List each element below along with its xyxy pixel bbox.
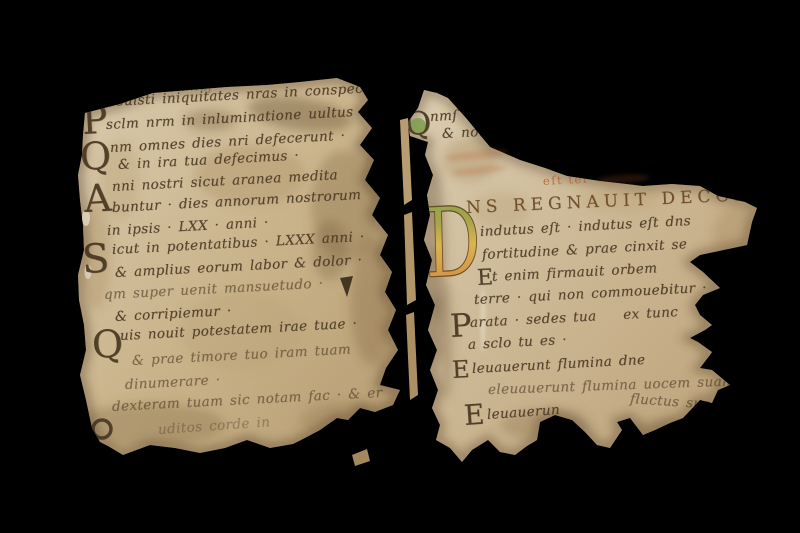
manuscript-line: arata · sedes tua ex tunc	[470, 306, 679, 330]
manuscript-line: nmſ	[430, 110, 458, 125]
drop-initial: E	[463, 401, 485, 430]
manuscript-line: & amplius eorum labor & dolor ·	[115, 254, 363, 280]
drop-initial: Q	[79, 136, 112, 176]
manuscript-line: dinumerare ·	[125, 374, 221, 392]
manuscript-photo-stage: ti sumuſ P osuisti iniquitates nras in c…	[0, 0, 800, 533]
manuscript-line: qm super uenit mansuetudo ·	[104, 278, 324, 303]
manuscript-line: indutus eſt · indutus eſt dns	[480, 215, 692, 240]
manuscript-line: t enim firmauit orbem	[492, 262, 658, 284]
drop-initial: E	[451, 357, 470, 382]
manuscript-line: a sclo tu es ·	[468, 334, 568, 353]
manuscript-line: uditos corde in	[158, 416, 271, 437]
drop-initial: S	[81, 239, 110, 280]
manuscript-line: eleuauerunt flumina uocem suam	[488, 375, 736, 397]
drop-initial: A	[83, 179, 112, 218]
manuscript-line: sclm nrm in inluminatione uultus tui ·	[106, 104, 392, 132]
manuscript-line: fortitudine & prae cinxit se	[482, 238, 688, 262]
manuscript-line: leuauerunt flumina dne	[472, 354, 646, 377]
manuscript-line: & prae timore tuo iram tuam	[132, 344, 352, 369]
manuscript-line: & corripiemur ·	[115, 305, 232, 325]
